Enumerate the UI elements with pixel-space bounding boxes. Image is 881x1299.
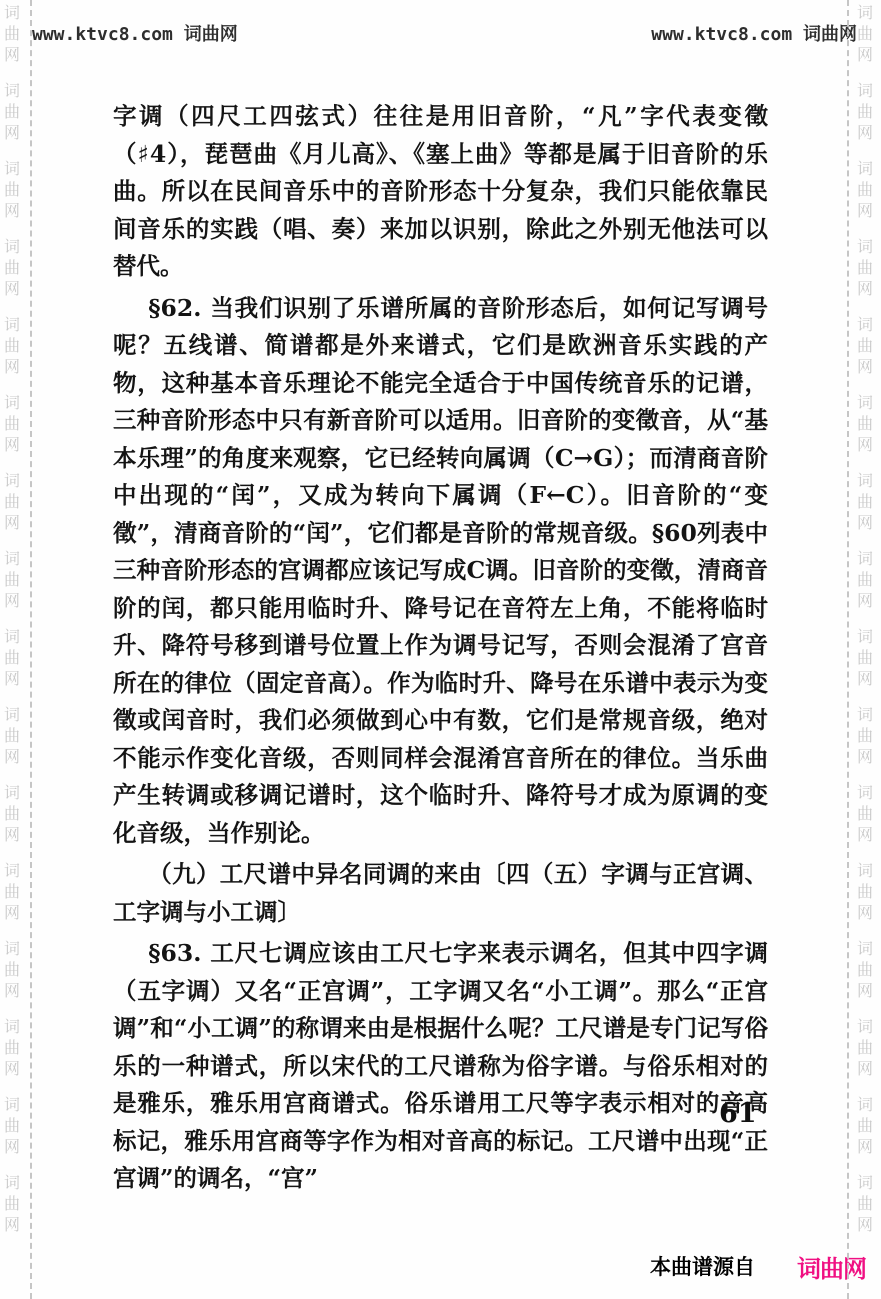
side-watermark-char: 曲 — [857, 335, 873, 356]
side-watermark-group: 词曲网 — [4, 1172, 20, 1235]
scanned-document-page: 词曲网词曲网词曲网词曲网词曲网词曲网词曲网词曲网词曲网词曲网词曲网词曲网词曲网词… — [0, 0, 881, 1299]
side-watermark-group: 词曲网 — [4, 2, 20, 65]
top-right-watermark: www.ktvc8.com 词曲网 — [651, 20, 857, 46]
page-text-block: 字调（四尺工四弦式）往往是用旧音阶，“凡”字代表变徵（♯4），琵琶曲《月儿高》、… — [113, 98, 768, 1202]
side-watermark-char: 曲 — [857, 1037, 873, 1058]
side-watermark-group: 词曲网 — [857, 314, 873, 377]
side-watermark-group: 词曲网 — [4, 548, 20, 611]
side-watermark-char: 网 — [4, 590, 20, 611]
side-watermark-group: 词曲网 — [857, 782, 873, 845]
side-watermark-group: 词曲网 — [4, 626, 20, 689]
side-watermark-char: 词 — [4, 392, 20, 413]
side-watermark-group: 词曲网 — [857, 2, 873, 65]
side-watermark-char: 曲 — [4, 959, 20, 980]
side-watermark-char: 词 — [857, 782, 873, 803]
side-watermark-char: 网 — [4, 1136, 20, 1157]
side-watermark-group: 词曲网 — [4, 236, 20, 299]
side-watermark-char: 词 — [4, 2, 20, 23]
side-watermark-char: 词 — [4, 314, 20, 335]
top-left-watermark: www.ktvc8.com 词曲网 — [32, 20, 238, 46]
side-watermark-char: 词 — [4, 80, 20, 101]
side-watermark-group: 词曲网 — [857, 626, 873, 689]
side-watermark-char: 曲 — [4, 647, 20, 668]
side-watermark-char: 网 — [857, 434, 873, 455]
right-dashed-border — [847, 0, 849, 1299]
right-watermark-strip: 词曲网词曲网词曲网词曲网词曲网词曲网词曲网词曲网词曲网词曲网词曲网词曲网词曲网词… — [854, 2, 876, 1250]
side-watermark-char: 词 — [4, 1094, 20, 1115]
side-watermark-char: 词 — [857, 2, 873, 23]
side-watermark-char: 曲 — [857, 491, 873, 512]
side-watermark-char: 曲 — [857, 569, 873, 590]
side-watermark-group: 词曲网 — [4, 860, 20, 923]
side-watermark-group: 词曲网 — [857, 1016, 873, 1079]
side-watermark-char: 词 — [857, 938, 873, 959]
side-watermark-group: 词曲网 — [4, 1094, 20, 1157]
side-watermark-char: 网 — [857, 746, 873, 767]
section-heading-paragraph: （九）工尺谱中异名同调的来由〔四（五）字调与正宫调、工字调与小工调〕 — [113, 856, 768, 931]
side-watermark-char: 网 — [857, 980, 873, 1001]
side-watermark-char: 词 — [857, 1094, 873, 1115]
side-watermark-char: 曲 — [4, 335, 20, 356]
side-watermark-char: 网 — [4, 44, 20, 65]
side-watermark-group: 词曲网 — [857, 158, 873, 221]
left-dashed-border — [30, 0, 32, 1299]
side-watermark-char: 网 — [857, 200, 873, 221]
side-watermark-group: 词曲网 — [857, 704, 873, 767]
side-watermark-group: 词曲网 — [4, 938, 20, 1001]
side-watermark-char: 网 — [857, 902, 873, 923]
side-watermark-char: 词 — [857, 470, 873, 491]
side-watermark-char: 词 — [4, 704, 20, 725]
side-watermark-char: 词 — [857, 1016, 873, 1037]
side-watermark-char: 曲 — [857, 725, 873, 746]
side-watermark-group: 词曲网 — [4, 470, 20, 533]
side-watermark-char: 网 — [4, 980, 20, 1001]
side-watermark-char: 曲 — [4, 1115, 20, 1136]
side-watermark-char: 词 — [857, 236, 873, 257]
side-watermark-group: 词曲网 — [857, 470, 873, 533]
side-watermark-char: 网 — [4, 902, 20, 923]
side-watermark-char: 曲 — [4, 1037, 20, 1058]
side-watermark-char: 词 — [4, 1016, 20, 1037]
side-watermark-char: 网 — [4, 1214, 20, 1235]
side-watermark-char: 网 — [857, 1214, 873, 1235]
side-watermark-group: 词曲网 — [4, 704, 20, 767]
side-watermark-char: 曲 — [4, 881, 20, 902]
side-watermark-char: 曲 — [4, 491, 20, 512]
side-watermark-group: 词曲网 — [857, 1094, 873, 1157]
side-watermark-char: 词 — [4, 782, 20, 803]
left-watermark-strip: 词曲网词曲网词曲网词曲网词曲网词曲网词曲网词曲网词曲网词曲网词曲网词曲网词曲网词… — [1, 2, 23, 1250]
side-watermark-group: 词曲网 — [857, 392, 873, 455]
side-watermark-char: 词 — [4, 548, 20, 569]
side-watermark-char: 词 — [4, 860, 20, 881]
side-watermark-char: 词 — [857, 860, 873, 881]
side-watermark-char: 曲 — [4, 803, 20, 824]
side-watermark-group: 词曲网 — [4, 314, 20, 377]
side-watermark-char: 网 — [857, 356, 873, 377]
side-watermark-char: 网 — [857, 668, 873, 689]
side-watermark-char: 网 — [857, 1058, 873, 1079]
side-watermark-char: 词 — [857, 158, 873, 179]
side-watermark-group: 词曲网 — [4, 782, 20, 845]
side-watermark-char: 网 — [857, 824, 873, 845]
side-watermark-char: 网 — [4, 434, 20, 455]
side-watermark-char: 曲 — [4, 23, 20, 44]
side-watermark-char: 曲 — [4, 101, 20, 122]
side-watermark-char: 网 — [4, 824, 20, 845]
side-watermark-char: 网 — [4, 512, 20, 533]
side-watermark-char: 曲 — [4, 413, 20, 434]
side-watermark-char: 词 — [857, 392, 873, 413]
side-watermark-char: 曲 — [4, 569, 20, 590]
side-watermark-char: 词 — [857, 1172, 873, 1193]
side-watermark-char: 网 — [857, 44, 873, 65]
side-watermark-char: 网 — [4, 668, 20, 689]
side-watermark-char: 曲 — [857, 959, 873, 980]
side-watermark-char: 词 — [4, 1172, 20, 1193]
side-watermark-char: 曲 — [857, 1193, 873, 1214]
body-paragraph-3: §63. 工尺七调应该由工尺七字来表示调名，但其中四字调（五字调）又名“正宫调”… — [113, 935, 768, 1198]
side-watermark-group: 词曲网 — [857, 938, 873, 1001]
side-watermark-char: 网 — [4, 200, 20, 221]
side-watermark-char: 曲 — [857, 803, 873, 824]
side-watermark-char: 网 — [857, 512, 873, 533]
side-watermark-char: 曲 — [4, 1193, 20, 1214]
side-watermark-group: 词曲网 — [857, 860, 873, 923]
footer-source-label: 本曲谱源自 — [650, 1251, 755, 1281]
side-watermark-group: 词曲网 — [4, 392, 20, 455]
side-watermark-char: 曲 — [4, 257, 20, 278]
side-watermark-group: 词曲网 — [857, 80, 873, 143]
side-watermark-char: 词 — [4, 938, 20, 959]
side-watermark-char: 词 — [4, 470, 20, 491]
side-watermark-char: 曲 — [857, 257, 873, 278]
side-watermark-char: 词 — [857, 548, 873, 569]
side-watermark-char: 网 — [857, 1136, 873, 1157]
side-watermark-char: 网 — [857, 122, 873, 143]
side-watermark-char: 曲 — [857, 647, 873, 668]
side-watermark-char: 网 — [4, 356, 20, 377]
side-watermark-char: 曲 — [4, 725, 20, 746]
footer-site-logo: 词曲网 — [797, 1249, 866, 1284]
body-paragraph-2: §62. 当我们识别了乐谱所属的音阶形态后，如何记写调号呢？五线谱、简谱都是外来… — [113, 290, 768, 853]
side-watermark-char: 曲 — [857, 23, 873, 44]
side-watermark-char: 网 — [857, 278, 873, 299]
side-watermark-char: 曲 — [857, 1115, 873, 1136]
side-watermark-char: 词 — [857, 704, 873, 725]
side-watermark-char: 词 — [4, 236, 20, 257]
side-watermark-group: 词曲网 — [4, 80, 20, 143]
side-watermark-char: 网 — [4, 278, 20, 299]
side-watermark-char: 曲 — [857, 881, 873, 902]
side-watermark-char: 网 — [857, 590, 873, 611]
side-watermark-char: 曲 — [857, 179, 873, 200]
side-watermark-char: 词 — [4, 158, 20, 179]
side-watermark-char: 网 — [4, 1058, 20, 1079]
side-watermark-group: 词曲网 — [857, 1172, 873, 1235]
side-watermark-group: 词曲网 — [857, 236, 873, 299]
side-watermark-char: 词 — [857, 314, 873, 335]
side-watermark-char: 网 — [4, 122, 20, 143]
side-watermark-char: 曲 — [857, 101, 873, 122]
side-watermark-group: 词曲网 — [4, 1016, 20, 1079]
side-watermark-group: 词曲网 — [857, 548, 873, 611]
body-paragraph-1: 字调（四尺工四弦式）往往是用旧音阶，“凡”字代表变徵（♯4），琵琶曲《月儿高》、… — [113, 98, 768, 286]
side-watermark-char: 曲 — [4, 179, 20, 200]
side-watermark-char: 词 — [4, 626, 20, 647]
side-watermark-char: 曲 — [857, 413, 873, 434]
side-watermark-char: 词 — [857, 626, 873, 647]
side-watermark-group: 词曲网 — [4, 158, 20, 221]
side-watermark-char: 词 — [857, 80, 873, 101]
side-watermark-char: 网 — [4, 746, 20, 767]
page-number: 61 — [719, 1098, 757, 1129]
